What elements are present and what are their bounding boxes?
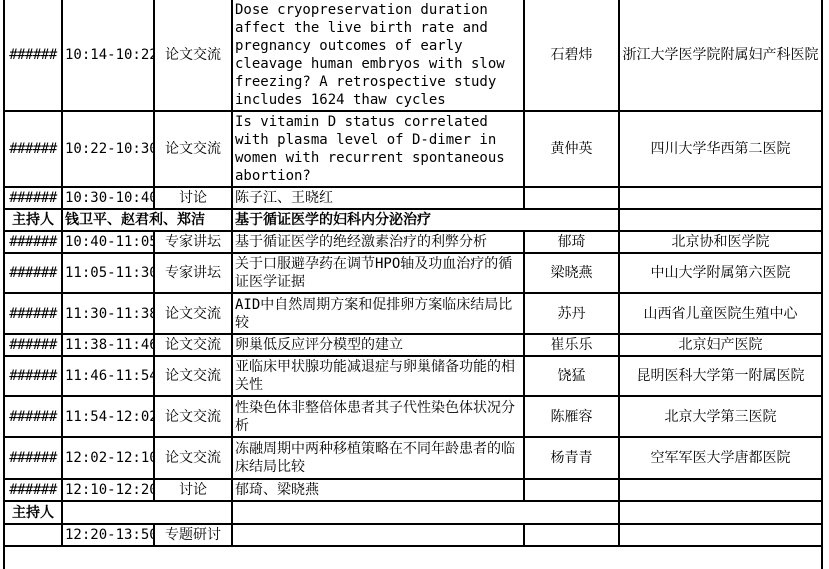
affiliation-cell: 山西省儿童医院生殖中心 (619, 293, 822, 334)
moderator-row: 主持人 钱卫平、赵君利、郑洁 基于循证医学的妇科内分泌治疗 (4, 209, 822, 231)
speaker-cell: 苏丹 (524, 293, 619, 334)
paper-id-cell: ###### (4, 334, 62, 356)
affiliation-cell: 北京妇产医院 (619, 334, 822, 356)
moderator-row: 主持人 (4, 501, 822, 524)
moderator-label-cell: 主持人 (4, 501, 62, 524)
title-cell: Is vitamin D status correlated with plas… (232, 111, 524, 187)
paper-id-cell: ###### (4, 356, 62, 396)
table-row: 12:20-13:50 专题研讨 (4, 524, 822, 546)
speaker-cell: 崔乐乐 (524, 334, 619, 356)
table-row: ###### 11:38-11:46 论文交流 卵巢低反应评分模型的建立 崔乐乐… (4, 334, 822, 356)
session-type-cell: 专家讲坛 (154, 231, 232, 253)
speaker-cell (524, 524, 619, 546)
paper-id-cell: ###### (4, 111, 62, 187)
time-cell: 11:30-11:38 (62, 293, 154, 334)
discussants-cell: 陈子江、王晓红 (232, 187, 524, 209)
title-cell: 冻融周期中两种移植策略在不同年龄患者的临床结局比较 (232, 437, 524, 479)
table-row: ###### 11:54-12:02 论文交流 性染色体非整倍体患者其子代性染色… (4, 396, 822, 437)
speaker-cell: 石碧炜 (524, 0, 619, 111)
paper-id-cell: ###### (4, 0, 62, 111)
time-cell: 11:54-12:02 (62, 396, 154, 437)
table-row: ###### 11:05-11:30 专家讲坛 关于口服避孕药在调节HPO轴及功… (4, 253, 822, 293)
time-cell: 10:30-10:40 (62, 187, 154, 209)
time-cell: 11:05-11:30 (62, 253, 154, 293)
affiliation-cell: 中山大学附属第六医院 (619, 253, 822, 293)
table-row: ###### 10:22-10:30 论文交流 Is vitamin D sta… (4, 111, 822, 187)
title-cell (232, 524, 524, 546)
section-topic-cell: 基于循证医学的妇科内分泌治疗 (232, 209, 619, 231)
session-type-cell: 论文交流 (154, 356, 232, 396)
speaker-cell: 饶猛 (524, 356, 619, 396)
table-row: ###### 11:46-11:54 论文交流 亚临床甲状腺功能减退症与卵巢储备… (4, 356, 822, 396)
session-type-cell: 论文交流 (154, 334, 232, 356)
table-row: ###### 10:30-10:40 讨论 陈子江、王晓红 (4, 187, 822, 209)
paper-id-cell: ###### (4, 437, 62, 479)
paper-id-cell: ###### (4, 231, 62, 253)
affiliation-cell: 北京大学第三医院 (619, 396, 822, 437)
time-cell: 11:46-11:54 (62, 356, 154, 396)
moderator-names-cell (62, 501, 232, 524)
paper-id-cell: ###### (4, 293, 62, 334)
session-type-cell: 讨论 (154, 187, 232, 209)
table-row: ###### 12:10-12:20 讨论 郁琦、梁晓燕 (4, 479, 822, 501)
session-type-cell: 论文交流 (154, 0, 232, 111)
table-row: ###### 11:30-11:38 论文交流 AID中自然周期方案和促排卵方案… (4, 293, 822, 334)
title-cell: AID中自然周期方案和促排卵方案临床结局比较 (232, 293, 524, 334)
title-cell: 关于口服避孕药在调节HPO轴及功血治疗的循证医学证据 (232, 253, 524, 293)
session-type-cell: 专家讲坛 (154, 253, 232, 293)
paper-id-cell (4, 524, 62, 546)
discussants-cell: 郁琦、梁晓燕 (232, 479, 524, 501)
speaker-cell: 黄仲英 (524, 111, 619, 187)
title-cell: 基于循证医学的绝经激素治疗的利弊分析 (232, 231, 524, 253)
time-cell: 10:22-10:30 (62, 111, 154, 187)
affiliation-cell: 四川大学华西第二医院 (619, 111, 822, 187)
speaker-cell: 梁晓燕 (524, 253, 619, 293)
time-cell: 12:10-12:20 (62, 479, 154, 501)
session-type-cell: 论文交流 (154, 111, 232, 187)
session-type-cell: 论文交流 (154, 293, 232, 334)
conference-schedule-screenshot: ###### 10:14-10:22 论文交流 Dose cryopreserv… (0, 0, 829, 569)
paper-id-cell: ###### (4, 253, 62, 293)
session-type-cell: 讨论 (154, 479, 232, 501)
session-type-cell: 论文交流 (154, 437, 232, 479)
time-cell: 12:02-12:10 (62, 437, 154, 479)
time-cell: 12:20-13:50 (62, 524, 154, 546)
moderator-label-cell: 主持人 (4, 209, 62, 231)
affiliation-cell (619, 187, 822, 209)
speaker-cell (524, 187, 619, 209)
affiliation-cell (619, 524, 822, 546)
speaker-cell: 陈雁容 (524, 396, 619, 437)
schedule-table: ###### 10:14-10:22 论文交流 Dose cryopreserv… (3, 0, 823, 569)
affiliation-cell (619, 209, 822, 231)
title-cell: Dose cryopreservation duration affect th… (232, 0, 524, 111)
title-cell: 亚临床甲状腺功能减退症与卵巢储备功能的相关性 (232, 356, 524, 396)
time-cell: 10:14-10:22 (62, 0, 154, 111)
table-row: ###### 10:14-10:22 论文交流 Dose cryopreserv… (4, 0, 822, 111)
table-row: ###### 12:02-12:10 论文交流 冻融周期中两种移植策略在不同年龄… (4, 437, 822, 479)
session-type-cell: 专题研讨 (154, 524, 232, 546)
affiliation-cell (619, 479, 822, 501)
title-cell: 卵巢低反应评分模型的建立 (232, 334, 524, 356)
affiliation-cell: 北京协和医学院 (619, 231, 822, 253)
session-type-cell: 论文交流 (154, 396, 232, 437)
affiliation-cell: 昆明医科大学第一附属医院 (619, 356, 822, 396)
spacer-row (4, 546, 822, 569)
title-cell: 性染色体非整倍体患者其子代性染色体状况分析 (232, 396, 524, 437)
paper-id-cell: ###### (4, 479, 62, 501)
speaker-cell: 郁琦 (524, 231, 619, 253)
table-row: ###### 10:40-11:05 专家讲坛 基于循证医学的绝经激素治疗的利弊… (4, 231, 822, 253)
empty-row-cell (4, 546, 822, 569)
affiliation-cell: 浙江大学医学院附属妇产科医院 (619, 0, 822, 111)
time-cell: 10:40-11:05 (62, 231, 154, 253)
moderator-names-cell: 钱卫平、赵君利、郑洁 (62, 209, 232, 231)
paper-id-cell: ###### (4, 187, 62, 209)
affiliation-cell (619, 501, 822, 524)
speaker-cell (524, 479, 619, 501)
time-cell: 11:38-11:46 (62, 334, 154, 356)
affiliation-cell: 空军军医大学唐都医院 (619, 437, 822, 479)
section-topic-cell (232, 501, 619, 524)
speaker-cell: 杨青青 (524, 437, 619, 479)
paper-id-cell: ###### (4, 396, 62, 437)
